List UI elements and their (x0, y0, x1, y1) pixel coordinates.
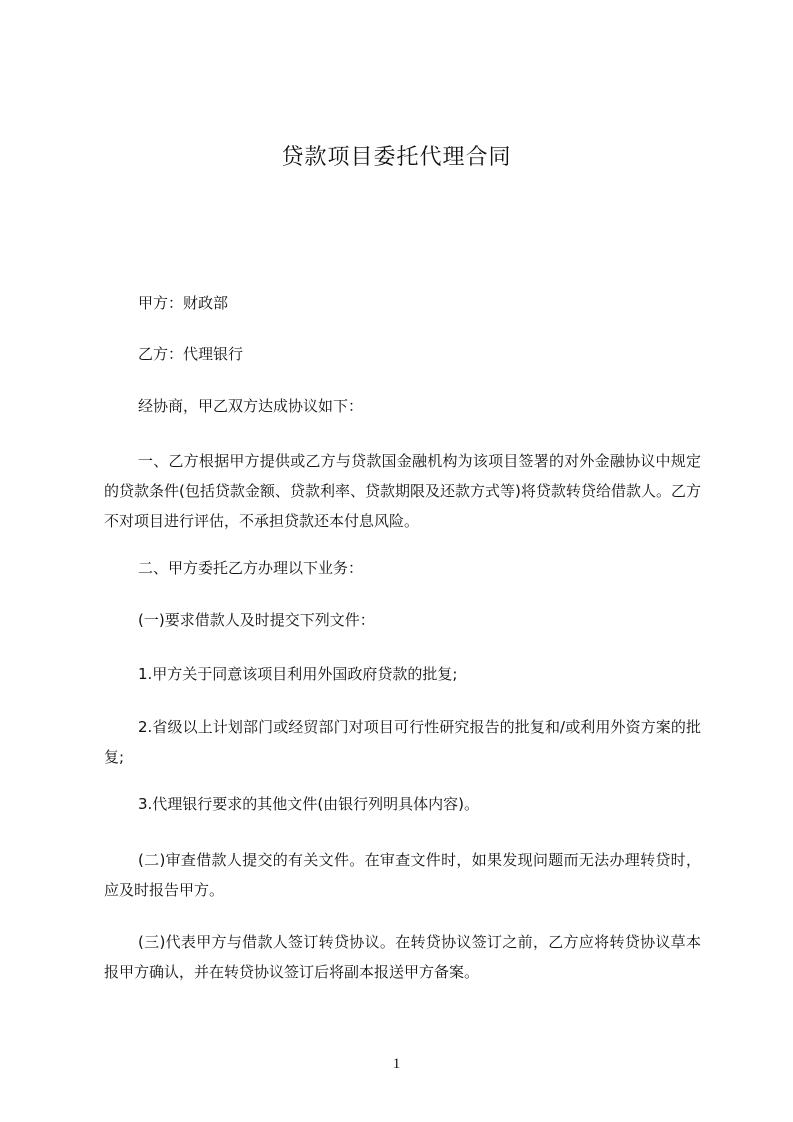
page-number: 1 (0, 1056, 793, 1073)
clause-2-heading: 二、甲方委托乙方办理以下业务： (104, 553, 701, 583)
party-a: 甲方：财政部 (104, 288, 701, 318)
party-b: 乙方：代理银行 (104, 339, 701, 369)
item-1: 1.甲方关于同意该项目利用外国政府贷款的批复; (104, 659, 701, 689)
subclause-2-1: (一)要求借款人及时提交下列文件： (104, 605, 701, 635)
subclause-2-3: (三)代表甲方与借款人签订转贷协议。在转贷协议签订之前，乙方应将转贷协议草本报甲… (104, 927, 701, 987)
item-3: 3.代理银行要求的其他文件(由银行列明具体内容)。 (104, 789, 701, 819)
clause-1: 一、乙方根据甲方提供或乙方与贷款国金融机构为该项目签署的对外金融协议中规定的贷款… (104, 446, 701, 536)
document-title: 贷款项目委托代理合同 (0, 140, 793, 171)
item-2: 2.省级以上计划部门或经贸部门对项目可行性研究报告的批复和/或利用外资方案的批复… (104, 712, 701, 772)
agreement-intro: 经协商，甲乙双方达成协议如下： (104, 391, 701, 421)
subclause-2-2: (二)审查借款人提交的有关文件。在审查文件时，如果发现问题而无法办理转贷时，应及… (104, 845, 701, 905)
